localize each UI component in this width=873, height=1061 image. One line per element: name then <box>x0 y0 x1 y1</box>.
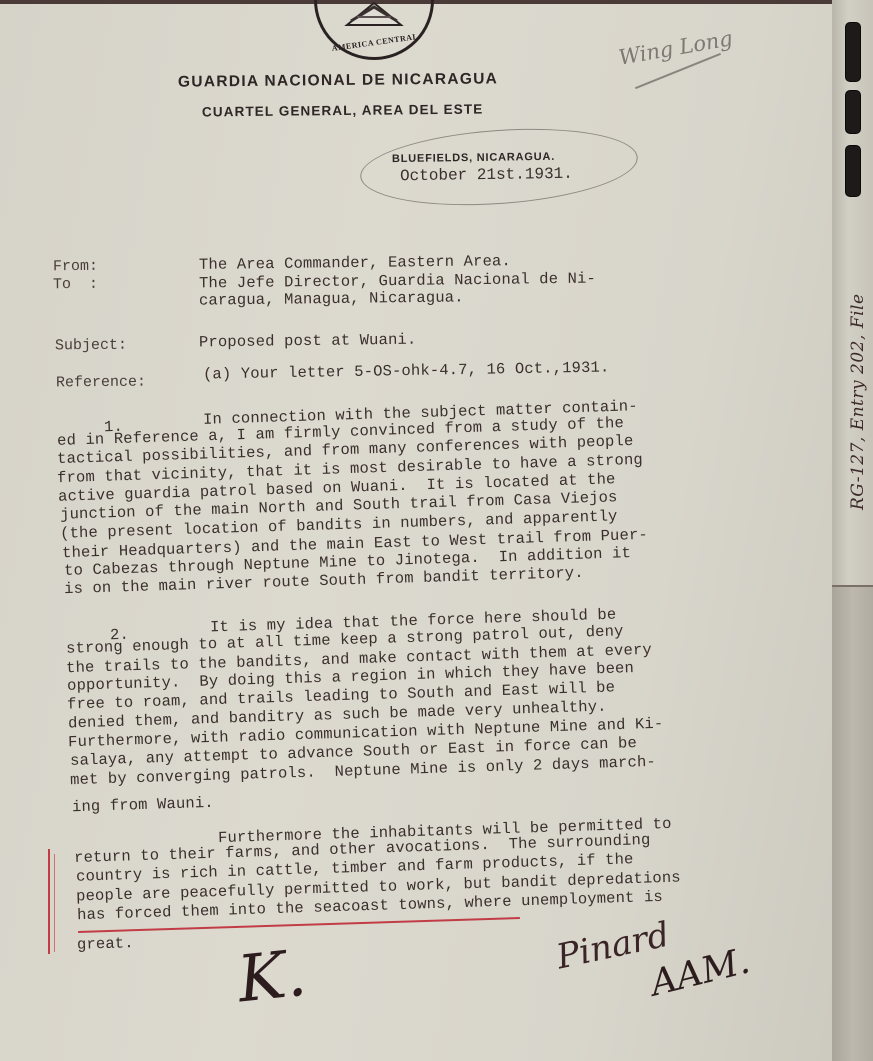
organization-heading: GUARDIA NACIONAL DE NICARAGUA <box>178 70 498 91</box>
sheet-notch <box>832 585 873 1061</box>
binder-clip-icon <box>845 145 861 197</box>
reference-value: (a) Your letter 5-OS-ohk-4.7, 16 Oct.,19… <box>203 358 610 383</box>
letter-date: October 21st.1931. <box>400 165 573 185</box>
initials-signature: K. <box>234 937 310 1018</box>
division-heading: CUARTEL GENERAL, AREA DEL ESTE <box>202 102 483 120</box>
letter-page: AMERICA CENTRAL GUARDIA NACIONAL DE NICA… <box>0 0 834 1061</box>
binder-clip-icon <box>845 22 861 82</box>
place-line: BLUEFIELDS, NICARAGUA. <box>392 151 555 165</box>
subject-value: Proposed post at Wuani. <box>199 331 417 352</box>
reference-label: Reference: <box>56 374 146 392</box>
to-label: To : <box>53 276 98 293</box>
handwritten-note: Wing Long <box>617 26 735 70</box>
red-margin-mark <box>48 849 50 954</box>
archive-margin-note: RG-127, Entry 202, File <box>848 293 868 510</box>
body-line: ing from Wauni. <box>72 794 214 816</box>
from-label: From: <box>53 258 98 275</box>
binder-clip-icon <box>845 90 861 134</box>
red-margin-mark-inner <box>54 854 55 952</box>
body-line: great. <box>77 934 134 954</box>
to-value-line-2: caragua, Managua, Nicaragua. <box>199 288 464 309</box>
subject-label: Subject: <box>55 337 127 355</box>
